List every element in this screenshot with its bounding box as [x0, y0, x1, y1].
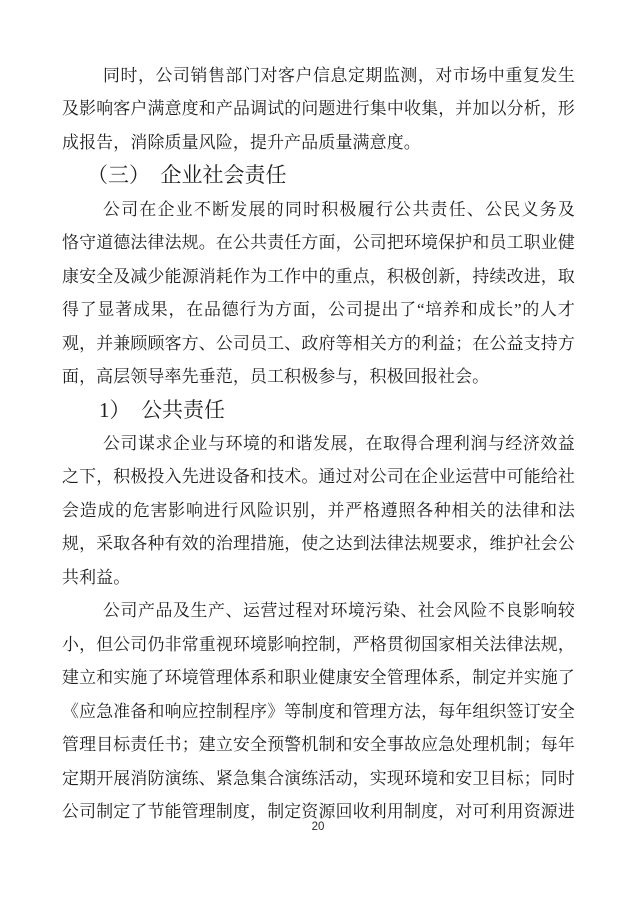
document-page: 同时，公司销售部门对客户信息定期监测，对市场中重复发生及影响客户满意度和产品调试…: [0, 0, 636, 900]
text-line: 公司在企业不断发展的同时积极履行公共责任、公民义务及: [62, 193, 575, 226]
text-line: 《应急准备和响应控制程序》等制度和管理方法，每年组织签订安全: [62, 695, 575, 728]
text-block: 同时，公司销售部门对客户信息定期监测，对市场中重复发生及影响客户满意度和产品调试…: [62, 59, 575, 828]
text-line: 成报告，消除质量风险，提升产品质量满意度。: [62, 126, 575, 159]
text-line: 得了显著成果，在品德行为方面，公司提出了“培养和成长”的人才: [62, 293, 575, 326]
text-line: 管理目标责任书；建立安全预警机制和安全事故应急处理机制；每年: [62, 728, 575, 761]
text-line: 建立和实施了环境管理体系和职业健康安全管理体系，制定并实施了: [62, 661, 575, 694]
text-line: 规，采取各种有效的治理措施，使之达到法律法规要求，维护社会公: [62, 527, 575, 560]
text-line: 会造成的危害影响进行风险识别，并严格遵照各种相关的法律和法: [62, 494, 575, 527]
text-line: 定期开展消防演练、紧急集合演练活动，实现环境和安卫目标；同时: [62, 762, 575, 795]
text-line: 面，高层领导率先垂范，员工积极参与，积极回报社会。: [62, 360, 575, 393]
text-line: 公司谋求企业与环境的和谐发展，在取得合理利润与经济效益: [62, 427, 575, 460]
text-line: 共利益。: [62, 561, 575, 594]
text-line: 之下，积极投入先进设备和技术。通过对公司在企业运营中可能给社: [62, 460, 575, 493]
text-line: 小，但公司仍非常重视环境影响控制，严格贯彻国家相关法律法规，: [62, 628, 575, 661]
text-line: 公司产品及生产、运营过程对环境污染、社会风险不良影响较: [62, 594, 575, 627]
text-line: 恪守道德法律法规。在公共责任方面，公司把环境保护和员工职业健: [62, 226, 575, 259]
text-line: 及影响客户满意度和产品调试的问题进行集中收集，并加以分析，形: [62, 92, 575, 125]
sub-section-heading: 1） 公共责任: [62, 394, 575, 427]
page-number: 20: [0, 821, 636, 833]
text-line: 同时，公司销售部门对客户信息定期监测，对市场中重复发生: [62, 59, 575, 92]
section-heading: （三） 企业社会责任: [62, 159, 575, 192]
text-line: 康安全及减少能源消耗作为工作中的重点，积极创新，持续改进，取: [62, 260, 575, 293]
text-line: 观，并兼顾顾客方、公司员工、政府等相关方的利益；在公益支持方: [62, 327, 575, 360]
